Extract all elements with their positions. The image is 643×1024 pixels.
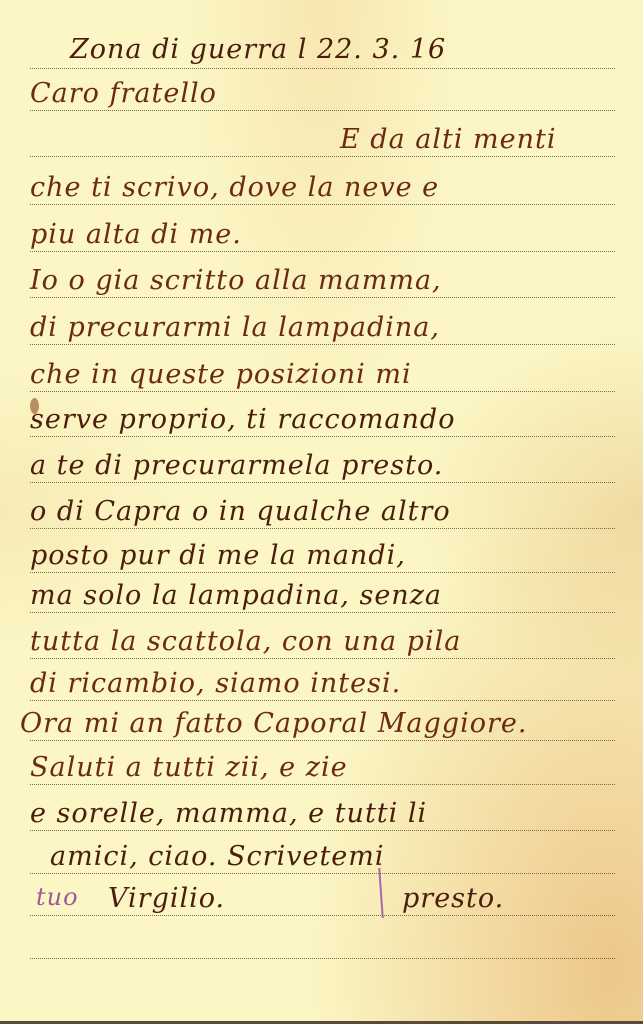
body-line: o di Capra o in qualche altro — [30, 498, 451, 525]
ruled-line — [30, 391, 615, 392]
ruled-line — [30, 110, 615, 111]
ruled-line — [30, 873, 615, 874]
ruled-line — [30, 658, 615, 659]
body-line: E da alti menti — [340, 126, 557, 153]
place-date: Zona di guerra l 22. 3. 16 — [70, 36, 446, 63]
body-line: di precurarmi la lampadina, — [30, 314, 440, 341]
ruled-line — [30, 482, 615, 483]
body-line: tutta la scattola, con una pila — [30, 628, 461, 655]
ruled-line — [30, 700, 615, 701]
body-line: e sorelle, mamma, e tutti li — [30, 800, 427, 827]
body-line: Saluti a tutti zii, e zie — [30, 754, 348, 781]
ruled-line — [30, 915, 615, 916]
ruled-line — [30, 297, 615, 298]
body-line: posto pur di me la mandi, — [30, 542, 406, 569]
signature: Virgilio. — [108, 885, 225, 912]
ruled-line — [30, 830, 615, 831]
postcard: Zona di guerra l 22. 3. 16 Caro fratello… — [0, 0, 643, 1024]
ruled-line — [30, 68, 615, 69]
ruled-line — [30, 784, 615, 785]
purple-pencil-mark — [378, 868, 383, 918]
ink-stain — [30, 398, 39, 414]
body-line: ma solo la lampadina, senza — [30, 582, 442, 609]
ruled-line — [30, 344, 615, 345]
ruled-line — [30, 958, 615, 959]
ruled-line — [30, 740, 615, 741]
body-line: piu alta di me. — [30, 221, 242, 248]
ruled-line — [30, 572, 615, 573]
ruled-line — [30, 612, 615, 613]
body-line: a te di precurarmela presto. — [30, 452, 443, 479]
ruled-line — [30, 528, 615, 529]
body-line: che in queste posizioni mi — [30, 361, 412, 388]
body-line: che ti scrivo, dove la neve e — [30, 174, 439, 201]
body-line: amici, ciao. Scrivetemi — [50, 843, 385, 870]
body-line: Ora mi an fatto Caporal Maggiore. — [20, 710, 527, 737]
body-line: Io o gia scritto alla mamma, — [30, 267, 442, 294]
closing-word: presto. — [402, 885, 504, 912]
body-line: serve proprio, ti raccomando — [30, 406, 455, 433]
greeting: Caro fratello — [30, 80, 217, 107]
body-line: di ricambio, siamo intesi. — [30, 670, 401, 697]
signature-prefix: tuo — [36, 885, 79, 909]
ruled-line — [30, 156, 615, 157]
ruled-line — [30, 251, 615, 252]
ruled-line — [30, 204, 615, 205]
ruled-line — [30, 436, 615, 437]
